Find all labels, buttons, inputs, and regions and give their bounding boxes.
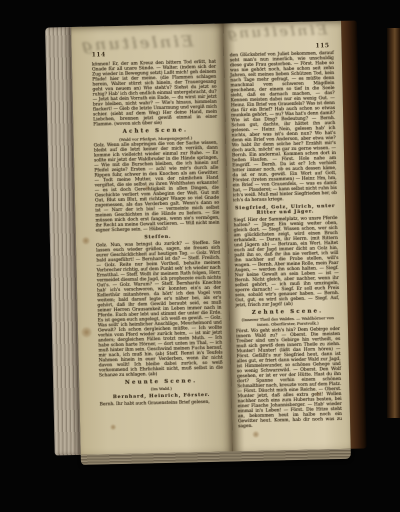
text-block-cast-heading: Siegfried, Golz, Ulrich, unter Ritter un… — [233, 204, 337, 216]
text-block-stage-direction: (Im Wald.) — [99, 385, 223, 393]
fox-spot — [315, 391, 320, 396]
text-block-paragraph: Golz. Nun, was bringst du zurück? — Stef… — [96, 240, 223, 378]
left-page-number: 114 — [92, 51, 106, 58]
text-block-paragraph: Först. Wo geht sich's hin? Dem Gebirge o… — [236, 326, 342, 428]
fox-spot — [82, 237, 90, 245]
text-block-paragraph: Golz. Wenn alle abspringen die von der S… — [94, 141, 220, 234]
text-block-paragraph: Siegf. Hier der Sammelplatz, wo unsre Pf… — [233, 216, 339, 308]
right-page: Einleitung 115 den Glücksbrief von Julie… — [223, 21, 351, 452]
open-book: Einleitung 114 können! Er, der am Kreuz … — [45, 21, 367, 466]
right-page-number: 115 — [315, 42, 329, 49]
right-ghost-showthrough-text: Einleitung — [225, 22, 328, 42]
right-edge-object — [387, 28, 400, 418]
fox-spot — [145, 185, 150, 190]
left-page: Einleitung 114 können! Er, der am Kreuz … — [71, 24, 233, 455]
text-block-paragraph: den Glücksbrief von Juliet bekommen, dar… — [230, 51, 337, 203]
text-block-paragraph: können! Er, der am Kreuz den bittern Tod… — [92, 60, 217, 128]
fox-spot — [110, 424, 116, 430]
left-text-column: können! Er, der am Kreuz den bittern Tod… — [92, 60, 224, 408]
photo-backdrop: Einleitung 114 können! Er, der am Kreuz … — [0, 0, 400, 512]
fox-spot — [81, 327, 92, 338]
right-text-column: den Glücksbrief von Juliet bekommen, dar… — [230, 51, 343, 430]
fox-spot — [252, 431, 259, 438]
text-block-stage-direction: (Innerer Theil des Waldes. — Waldhörner … — [236, 315, 340, 327]
text-block-paragraph: Bernh. Ihr habt auch Grauensteins Brief … — [100, 399, 224, 407]
